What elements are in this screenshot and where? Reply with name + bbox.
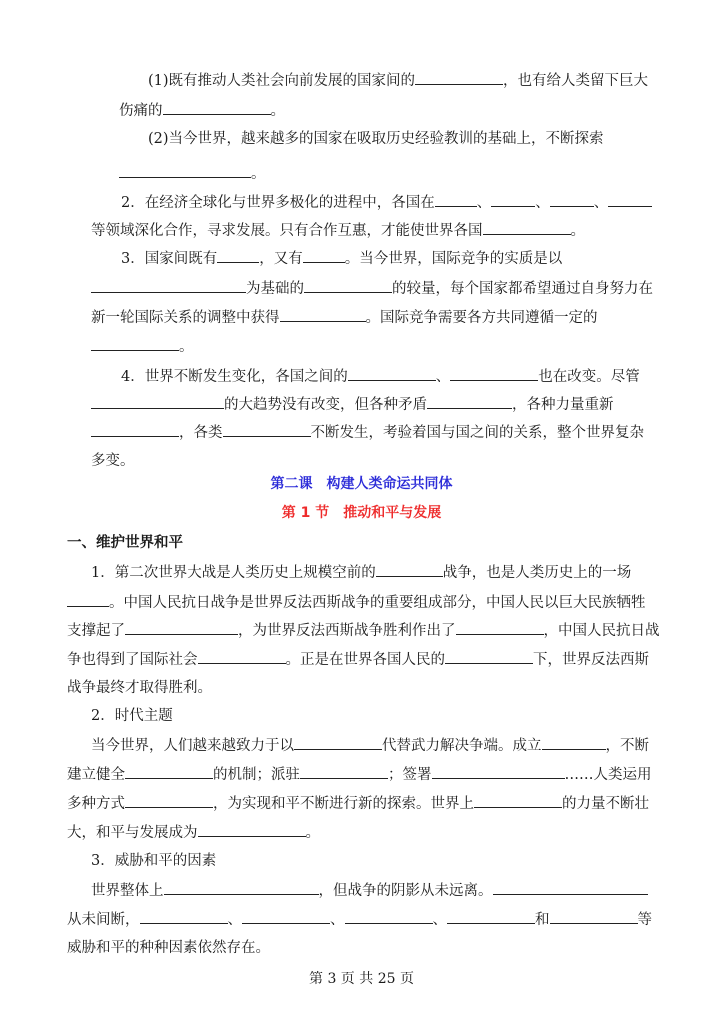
text-line: 战争最终才取得胜利。	[67, 678, 212, 698]
text-segment: (2)当今世界，越来越多的国家在吸取历史经验教训的基础上，不断探索	[148, 131, 604, 147]
text-segment: 等领域深化合作，寻求发展。只有合作互惠，才能使世界各国	[91, 223, 483, 239]
fill-in-blank[interactable]	[427, 394, 512, 409]
text-segment: 多种方式	[67, 796, 125, 812]
text-segment: 世界整体上	[91, 883, 164, 899]
fill-in-blank[interactable]	[348, 366, 436, 381]
text-segment: ，也有给人类留下巨大	[503, 73, 648, 89]
text-segment: 建立健全	[67, 767, 125, 783]
text-segment: 的较量，每个国家都希望通过自身努力在	[392, 281, 653, 297]
text-segment: 、	[436, 369, 451, 385]
fill-in-blank[interactable]	[304, 278, 392, 293]
fill-in-blank[interactable]	[223, 422, 311, 437]
text-line: 多变。	[91, 451, 135, 471]
text-segment: 、	[535, 195, 550, 211]
text-segment: 。	[251, 166, 266, 182]
fill-in-blank[interactable]	[91, 422, 179, 437]
text-segment: ；签署	[388, 767, 432, 783]
text-line: 1．第二次世界大战是人类历史上规模空前的战争，也是人类历史上的一场	[91, 562, 631, 583]
text-line: 当今世界，人们越来越致力于以代替武力解决争端。成立，不断	[91, 735, 649, 756]
fill-in-blank[interactable]	[140, 909, 228, 924]
text-segment: 的大趋势没有改变，但各种矛盾	[224, 397, 427, 413]
text-line: 伤痛的。	[119, 100, 285, 121]
text-line: 争也得到了国际社会。正是在世界各国人民的下，世界反法西斯	[67, 649, 649, 670]
fill-in-blank[interactable]	[125, 620, 238, 635]
text-segment: 。	[306, 825, 321, 841]
text-segment: ，又有	[259, 251, 303, 267]
text-segment: ，为实现和平不断进行新的探索。世界上	[213, 796, 474, 812]
fill-in-blank[interactable]	[91, 394, 224, 409]
text-line: 多种方式，为实现和平不断进行新的探索。世界上的力量不断壮	[67, 793, 649, 814]
fill-in-blank[interactable]	[450, 366, 538, 381]
section-title: 第 1 节 推动和平与发展	[0, 502, 723, 522]
text-line: (1)既有推动人类社会向前发展的国家间的，也有给人类留下巨大	[148, 70, 648, 91]
text-segment: 多变。	[91, 453, 135, 469]
fill-in-blank[interactable]	[119, 163, 251, 178]
text-segment: 4．世界不断发生变化，各国之间的	[121, 369, 348, 385]
text-segment: 。当今世界，国际竞争的实质是以	[345, 251, 563, 267]
fill-in-blank[interactable]	[67, 592, 109, 607]
text-segment: ，为世界反法西斯战争胜利作出了	[238, 623, 456, 639]
text-segment: ，不断	[606, 738, 650, 754]
fill-in-blank[interactable]	[415, 70, 503, 85]
fill-in-blank[interactable]	[474, 793, 562, 808]
text-segment: 战争最终才取得胜利。	[67, 680, 212, 696]
text-segment: 下，世界反法西斯	[533, 652, 649, 668]
text-line: 新一轮国际关系的调整中获得。国际竞争需要各方共同遵循一定的	[91, 307, 598, 328]
fill-in-blank[interactable]	[198, 822, 306, 837]
fill-in-blank[interactable]	[163, 100, 271, 115]
fill-in-blank[interactable]	[493, 880, 648, 895]
text-segment: 代替武力解决争端。成立	[382, 738, 542, 754]
fill-in-blank[interactable]	[432, 764, 565, 779]
text-segment: 的力量不断壮	[562, 796, 649, 812]
text-line: 支撑起了，为世界反法西斯战争胜利作出了，中国人民抗日战	[67, 620, 660, 641]
text-segment: 3．威胁和平的因素	[91, 853, 216, 869]
text-line: 威胁和平的种种因素依然存在。	[67, 938, 270, 958]
fill-in-blank[interactable]	[125, 764, 213, 779]
fill-in-blank[interactable]	[483, 220, 571, 235]
fill-in-blank[interactable]	[303, 248, 345, 263]
text-line: (2)当今世界，越来越多的国家在吸取历史经验教训的基础上，不断探索	[148, 129, 604, 149]
text-segment: 、	[330, 912, 345, 928]
text-segment: 、	[594, 195, 609, 211]
text-line: 。中国人民抗日战争是世界反法西斯战争的重要组成部分，中国人民以巨大民族牺牲	[67, 592, 646, 613]
text-segment: 当今世界，人们越来越致力于以	[91, 738, 294, 754]
text-line: 建立健全的机制；派驻；签署……人类运用	[67, 764, 652, 785]
text-segment: 。中国人民抗日战争是世界反法西斯战争的重要组成部分，中国人民以巨大民族牺牲	[109, 595, 646, 611]
fill-in-blank[interactable]	[125, 793, 213, 808]
text-line: 为基础的的较量，每个国家都希望通过自身努力在	[91, 278, 653, 299]
text-segment: 不断发生，考验着国与国之间的关系，整个世界复杂	[311, 425, 645, 441]
text-line: 大，和平与发展成为。	[67, 822, 320, 843]
text-segment: ，但战争的阴影从未远离。	[319, 883, 493, 899]
text-segment: ，各类	[179, 425, 223, 441]
text-segment: 2．时代主题	[91, 708, 173, 724]
text-segment: 和	[535, 912, 550, 928]
text-segment: ……人类运用	[565, 767, 652, 783]
text-segment: ，各种力量重新	[512, 397, 614, 413]
text-segment: 。	[271, 103, 286, 119]
part-title: 一、维护世界和平	[67, 533, 183, 553]
text-line: 2．时代主题	[91, 706, 173, 726]
text-segment: 1．第二次世界大战是人类历史上规模空前的	[91, 565, 376, 581]
text-line: 。	[91, 336, 194, 357]
text-segment: 的机制；派驻	[213, 767, 300, 783]
text-segment: 威胁和平的种种因素依然存在。	[67, 940, 270, 956]
fill-in-blank[interactable]	[376, 562, 443, 577]
fill-in-blank[interactable]	[608, 192, 652, 207]
text-segment: 从未间断，	[67, 912, 140, 928]
fill-in-blank[interactable]	[447, 909, 535, 924]
text-segment: 。	[179, 339, 194, 355]
text-segment: 。	[571, 223, 586, 239]
text-segment: 、	[433, 912, 448, 928]
text-segment: 、	[477, 195, 492, 211]
text-line: 2．在经济全球化与世界多极化的进程中，各国在、、、	[121, 192, 652, 213]
fill-in-blank[interactable]	[91, 278, 246, 293]
text-line: 4．世界不断发生变化，各国之间的、也在改变。尽管	[121, 366, 640, 387]
text-segment: 伤痛的	[119, 103, 163, 119]
text-segment: 3．国家间既有	[121, 251, 217, 267]
text-line: ，各类不断发生，考验着国与国之间的关系，整个世界复杂	[91, 422, 644, 443]
text-line: 世界整体上，但战争的阴影从未远离。	[91, 880, 648, 901]
fill-in-blank[interactable]	[198, 649, 286, 664]
fill-in-blank[interactable]	[550, 192, 594, 207]
text-segment: 大，和平与发展成为	[67, 825, 198, 841]
fill-in-blank[interactable]	[91, 336, 179, 351]
text-line: 3．国家间既有，又有。当今世界，国际竞争的实质是以	[121, 248, 562, 269]
text-segment: 战争，也是人类历史上的一场	[443, 565, 632, 581]
text-segment: 也在改变。尽管	[538, 369, 640, 385]
fill-in-blank[interactable]	[242, 909, 330, 924]
fill-in-blank[interactable]	[550, 909, 638, 924]
text-segment: ，中国人民抗日战	[544, 623, 660, 639]
text-segment: 为基础的	[246, 281, 304, 297]
fill-in-blank[interactable]	[456, 620, 544, 635]
fill-in-blank[interactable]	[491, 192, 535, 207]
text-line: 。	[119, 163, 266, 184]
text-segment: 争也得到了国际社会	[67, 652, 198, 668]
text-segment: 。国际竞争需要各方共同遵循一定的	[366, 310, 598, 326]
lesson-title: 第二课 构建人类命运共同体	[0, 473, 723, 493]
fill-in-blank[interactable]	[435, 192, 477, 207]
text-line: 等领域深化合作，寻求发展。只有合作互惠，才能使世界各国。	[91, 220, 585, 241]
text-segment: 2．在经济全球化与世界多极化的进程中，各国在	[121, 195, 435, 211]
text-segment: (1)既有推动人类社会向前发展的国家间的	[148, 73, 415, 89]
text-segment: 等	[638, 912, 653, 928]
fill-in-blank[interactable]	[217, 248, 259, 263]
text-segment: 新一轮国际关系的调整中获得	[91, 310, 280, 326]
fill-in-blank[interactable]	[164, 880, 319, 895]
text-line: 从未间断，、、、和等	[67, 909, 652, 930]
fill-in-blank[interactable]	[542, 735, 606, 750]
fill-in-blank[interactable]	[345, 909, 433, 924]
text-line: 的大趋势没有改变，但各种矛盾，各种力量重新	[91, 394, 614, 415]
text-segment: 。正是在世界各国人民的	[286, 652, 446, 668]
text-segment: 支撑起了	[67, 623, 125, 639]
fill-in-blank[interactable]	[445, 649, 533, 664]
text-segment: 、	[228, 912, 243, 928]
fill-in-blank[interactable]	[280, 307, 366, 322]
page-footer: 第 3 页 共 25 页	[0, 968, 723, 988]
fill-in-blank[interactable]	[294, 735, 382, 750]
fill-in-blank[interactable]	[300, 764, 388, 779]
text-line: 3．威胁和平的因素	[91, 851, 216, 871]
